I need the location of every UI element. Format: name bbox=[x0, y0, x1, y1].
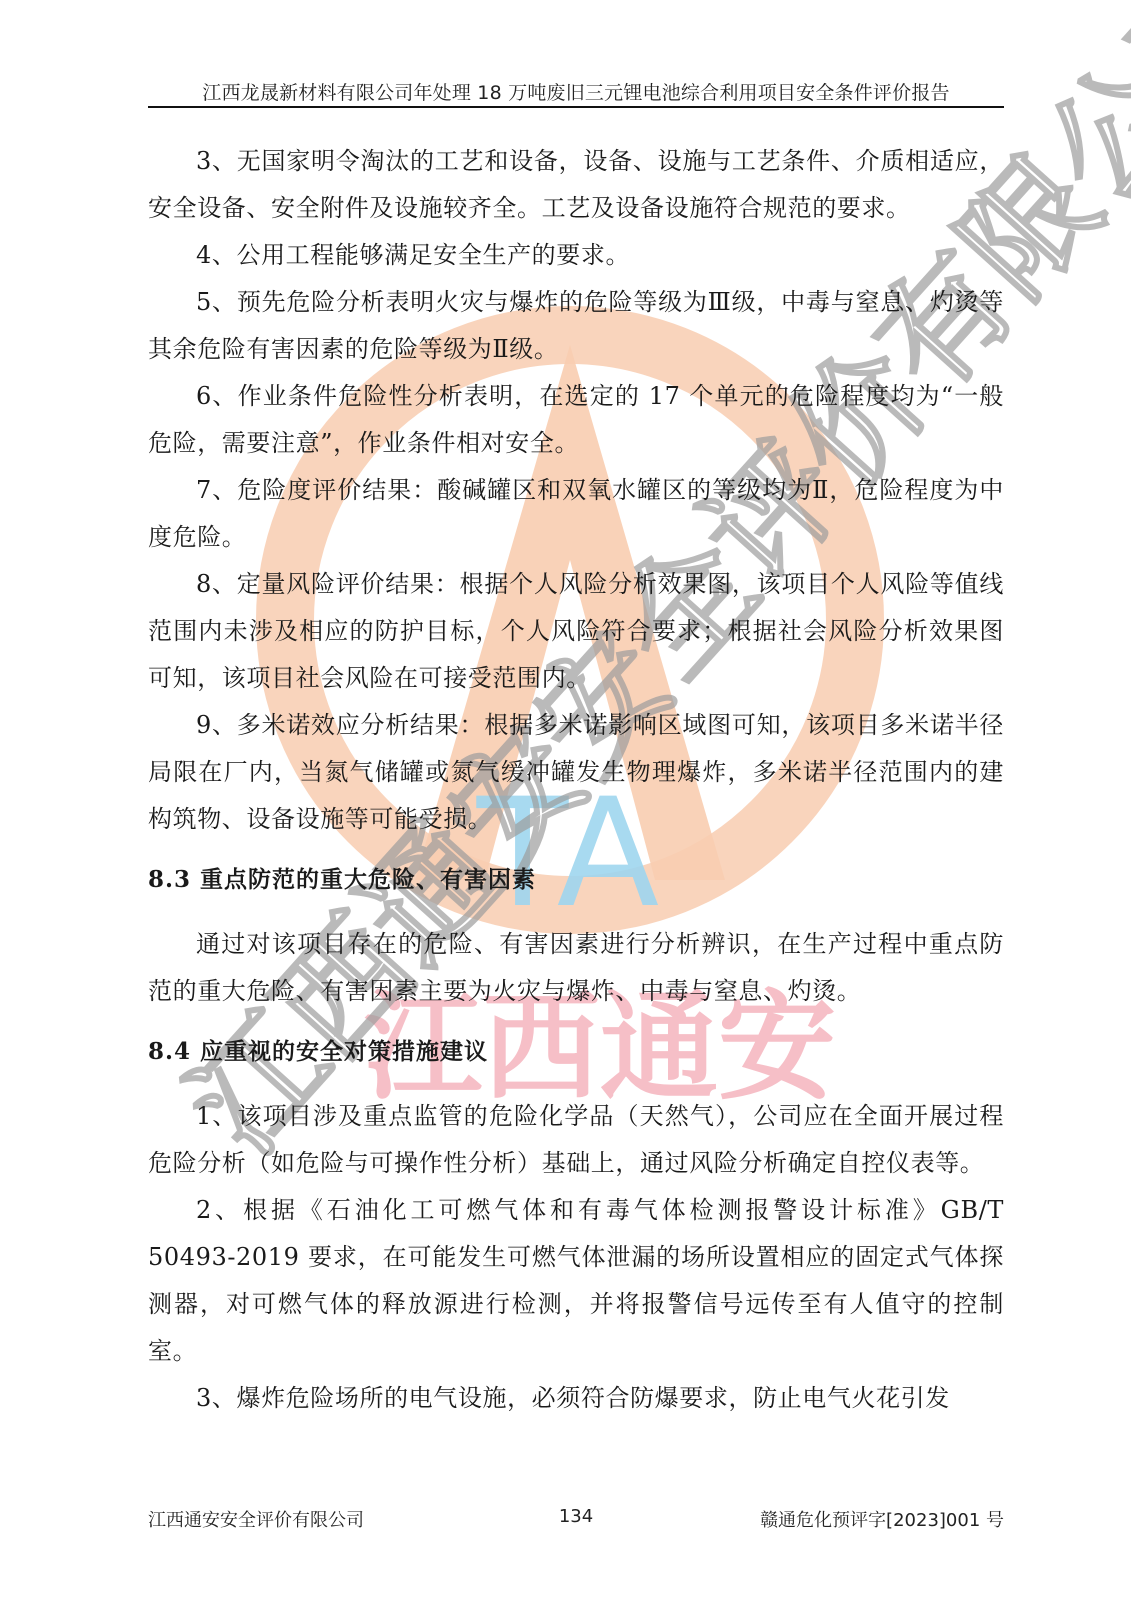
paragraph-item-8: 8、定量风险评价结果：根据个人风险分析效果图，该项目个人风险等值线范围内未涉及相… bbox=[148, 561, 1004, 702]
paragraph-item-3: 3、无国家明令淘汰的工艺和设备，设备、设施与工艺条件、介质相适应，安全设备、安全… bbox=[148, 138, 1004, 232]
paragraph-item-4: 4、公用工程能够满足安全生产的要求。 bbox=[148, 232, 1004, 279]
paragraph-item-5: 5、预先危险分析表明火灾与爆炸的危险等级为Ⅲ级，中毒与窒息、灼烫等其余危险有害因… bbox=[148, 279, 1004, 373]
paragraph-item-6: 6、作业条件危险性分析表明，在选定的 17 个单元的危险程度均为“一般危险，需要… bbox=[148, 373, 1004, 467]
page-body: 3、无国家明令淘汰的工艺和设备，设备、设施与工艺条件、介质相适应，安全设备、安全… bbox=[148, 138, 1004, 1422]
footer-doc-number: 赣通危化预评字[2023]001 号 bbox=[760, 1506, 1004, 1532]
paragraph-recommendation-3: 3、爆炸危险场所的电气设施，必须符合防爆要求，防止电气火花引发 bbox=[148, 1375, 1004, 1422]
header-divider bbox=[148, 106, 1004, 108]
section-heading-8-4: 8.4 应重视的安全对策措施建议 bbox=[148, 1037, 1004, 1067]
running-header-title: 江西龙晟新材料有限公司年处理 18 万吨废旧三元锂电池综合利用项目安全条件评价报… bbox=[148, 78, 1004, 105]
paragraph-recommendation-2: 2、根据《石油化工可燃气体和有毒气体检测报警设计标准》GB/T 50493-20… bbox=[148, 1187, 1004, 1375]
section-heading-8-3: 8.3 重点防范的重大危险、有害因素 bbox=[148, 865, 1004, 895]
paragraph-recommendation-1: 1、该项目涉及重点监管的危险化学品（天然气），公司应在全面开展过程危险分析（如危… bbox=[148, 1093, 1004, 1187]
paragraph-8-3-summary: 通过对该项目存在的危险、有害因素进行分析辨识，在生产过程中重点防范的重大危险、有… bbox=[148, 921, 1004, 1015]
page-footer: 江西通安安全评价有限公司 134 赣通危化预评字[2023]001 号 bbox=[148, 1506, 1004, 1532]
document-page: TA 江西通安 江西通安安全评价有限公司 江西龙晟新材料有限公司年处理 18 万… bbox=[0, 0, 1131, 1600]
paragraph-item-9: 9、多米诺效应分析结果：根据多米诺影响区域图可知，该项目多米诺半径局限在厂内，当… bbox=[148, 702, 1004, 843]
paragraph-item-7: 7、危险度评价结果：酸碱罐区和双氧水罐区的等级均为Ⅱ，危险程度为中度危险。 bbox=[148, 467, 1004, 561]
